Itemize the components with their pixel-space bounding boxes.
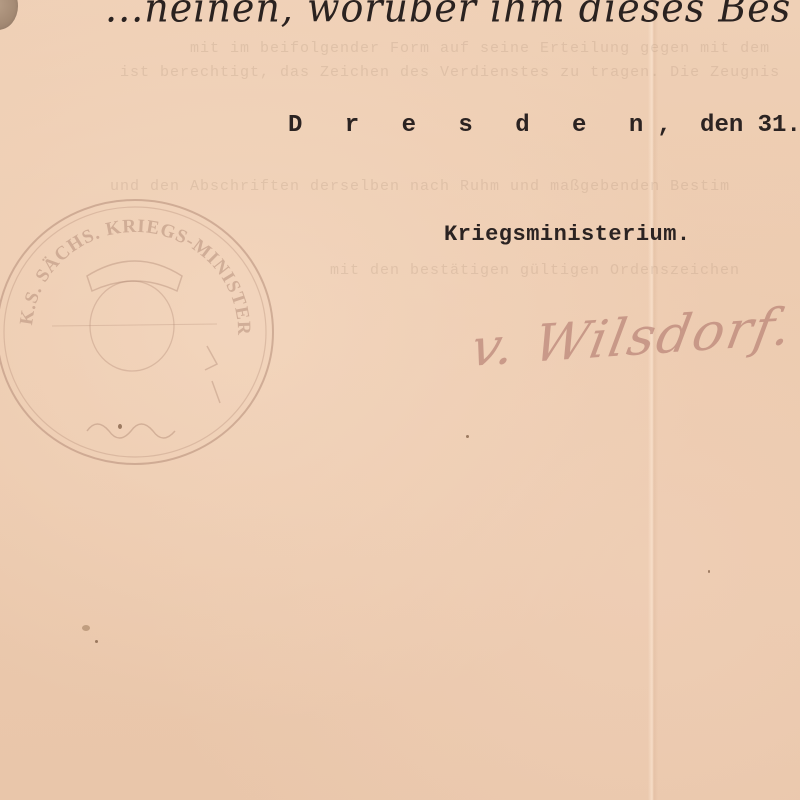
bleed-through-line: ist berechtigt, das Zeichen des Verdiens… — [120, 64, 780, 81]
paper-speck — [118, 424, 122, 429]
bleed-through-line: mit den bestätigen gültigen Ordenszeiche… — [330, 262, 740, 279]
issuer-name: Kriegsministerium. — [444, 222, 691, 247]
paper-speck — [95, 640, 98, 643]
signature-text: v. Wilsdorf. — [466, 297, 798, 379]
seal-ring-text: K.S. SÄCHS. KRIEGS-MINISTERIUM — [0, 196, 254, 336]
bleed-through-line: und den Abschriften derselben nach Ruhm … — [110, 178, 730, 195]
seal-icon: K.S. SÄCHS. KRIEGS-MINISTERIUM — [0, 196, 278, 468]
handwritten-signature: v. Wilsdorf. — [474, 290, 800, 400]
official-seal-stamp: K.S. SÄCHS. KRIEGS-MINISTERIUM — [0, 196, 278, 468]
svg-text:K.S. SÄCHS. KRIEGS-MINISTERIUM: K.S. SÄCHS. KRIEGS-MINISTERIUM — [0, 196, 254, 336]
document-page: ...neinen, worüber ihm dieses Bes mit im… — [0, 0, 800, 800]
paper-speck — [82, 625, 90, 631]
paper-speck — [708, 570, 710, 573]
date-text: den 31. Dez — [700, 112, 800, 139]
place-name: D r e s d e n, — [288, 112, 686, 139]
paper-speck — [466, 435, 469, 438]
punch-hole — [0, 0, 18, 30]
bleed-through-line: mit im beifolgender Form auf seine Ertei… — [190, 40, 770, 57]
script-text-line: ...neinen, worüber ihm dieses Bes — [105, 0, 791, 31]
place-date-line: D r e s d e n, den 31. Dez — [288, 112, 800, 139]
